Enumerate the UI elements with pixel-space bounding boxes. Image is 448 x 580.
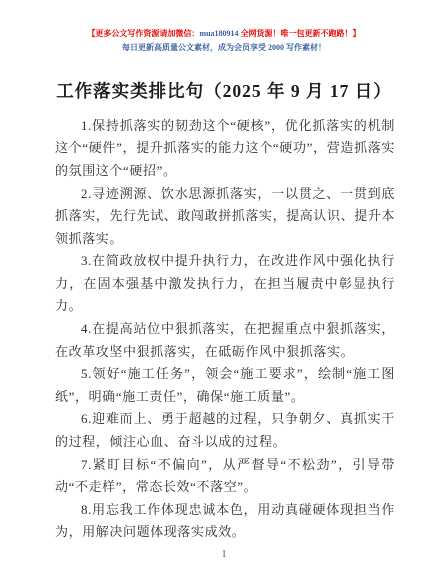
promo-line1-prefix: 【更多公文写作资源请加微信：: [87, 29, 199, 38]
document-page: 【更多公文写作资源请加微信：mua180914 全网货源！唯一包更新不跑路！】 …: [0, 0, 448, 580]
paragraph-4: 4.在提高站位中狠抓落实，在把握重点中狠抓落实，在改革攻坚中狠抓落实，在砥砺作风…: [55, 318, 395, 363]
promo-header: 【更多公文写作资源请加微信：mua180914 全网货源！唯一包更新不跑路！】 …: [0, 0, 448, 54]
paragraph-7: 7.紧盯目标“不偏向”，从严督导“不松劲”，引导带动“不走样”，常态长效“不落空…: [55, 454, 395, 499]
paragraph-2: 2.寻迹溯源、饮水思源抓落实，一以贯之、一贯到底抓落实，先行先试、敢闯敢拼抓落实…: [55, 183, 395, 251]
paragraph-6: 6.迎难而上、勇于超越的过程，只争朝夕、真抓实干的过程，倾注心血、奋斗以成的过程…: [55, 408, 395, 453]
promo-line-2: 每日更新高质量公文素材，成为会员享受 2000 写作素材！: [0, 41, 448, 54]
page-number: 1: [0, 549, 448, 560]
paragraph-8: 8.用忘我工作体现忠诚本色，用动真碰硬体现担当作为，用解决问题体现落实成效。: [55, 499, 395, 544]
paragraph-3: 3.在简政放权中提升执行力，在改进作风中强化执行力，在固本强基中激发执行力，在担…: [55, 250, 395, 318]
promo-line-1: 【更多公文写作资源请加微信：mua180914 全网货源！唯一包更新不跑路！】: [0, 27, 448, 40]
document-title: 工作落实类排比句（2025 年 9 月 17 日）: [0, 79, 448, 103]
paragraph-1: 1.保持抓落实的韧劲这个“硬核”，优化抓落实的机制这个“硬件”，提升抓落实的能力…: [55, 115, 395, 183]
document-body: 1.保持抓落实的韧劲这个“硬核”，优化抓落实的机制这个“硬件”，提升抓落实的能力…: [55, 115, 395, 544]
promo-line1-suffix: 全网货源！唯一包更新不跑路！】: [239, 29, 361, 38]
paragraph-5: 5.领好“施工任务”，领会“施工要求”，绘制“施工图纸”，明确“施工责任”，确保…: [55, 363, 395, 408]
promo-wechat-id: mua180914: [199, 29, 238, 38]
